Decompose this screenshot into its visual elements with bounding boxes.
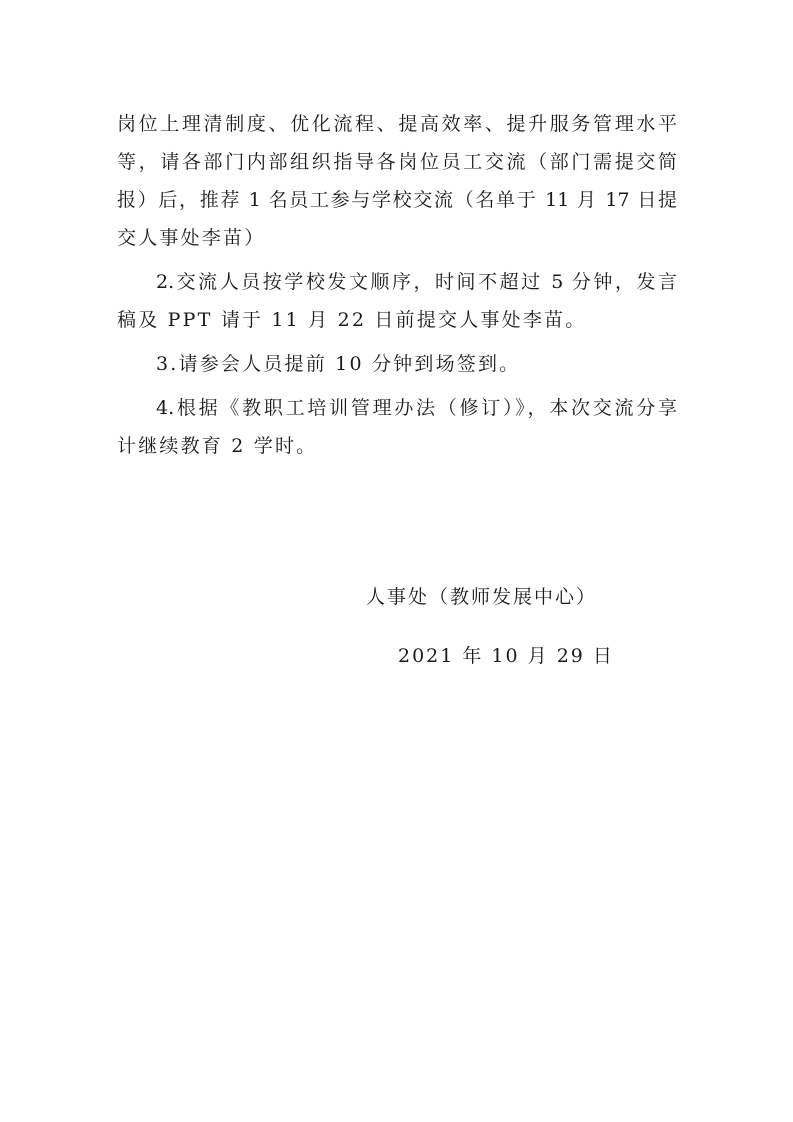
item-4-line-1: 4.根据《教职工培训管理办法（修订）》，本次交流分享 (156, 389, 677, 427)
item-3-line-1: 3.请参会人员提前 10 分钟到场签到。 (156, 345, 677, 383)
document-page: 岗位上理清制度、优化流程、提高效率、提升服务管理水平 等，请各部门内部组织指导各… (0, 0, 793, 1122)
signature-department: 人事处（教师发展中心） (366, 578, 597, 616)
paragraph-1-line-2: 等，请各部门内部组织指导各岗位员工交流（部门需提交简 (117, 143, 677, 181)
item-4-line-2: 计继续教育 2 学时。 (117, 427, 677, 465)
item-2-line-2: 稿及 PPT 请于 11 月 22 日前提交人事处李苗。 (117, 301, 677, 339)
item-2-line-1: 2.交流人员按学校发文顺序，时间不超过 5 分钟，发言 (156, 263, 677, 301)
paragraph-1-line-1: 岗位上理清制度、优化流程、提高效率、提升服务管理水平 (117, 105, 677, 143)
signature-date: 2021 年 10 月 29 日 (398, 637, 614, 675)
paragraph-1-line-3: 报）后，推荐 1 名员工参与学校交流（名单于 11 月 17 日提 (117, 181, 677, 219)
paragraph-1-line-4: 交人事处李苗） (117, 219, 677, 257)
